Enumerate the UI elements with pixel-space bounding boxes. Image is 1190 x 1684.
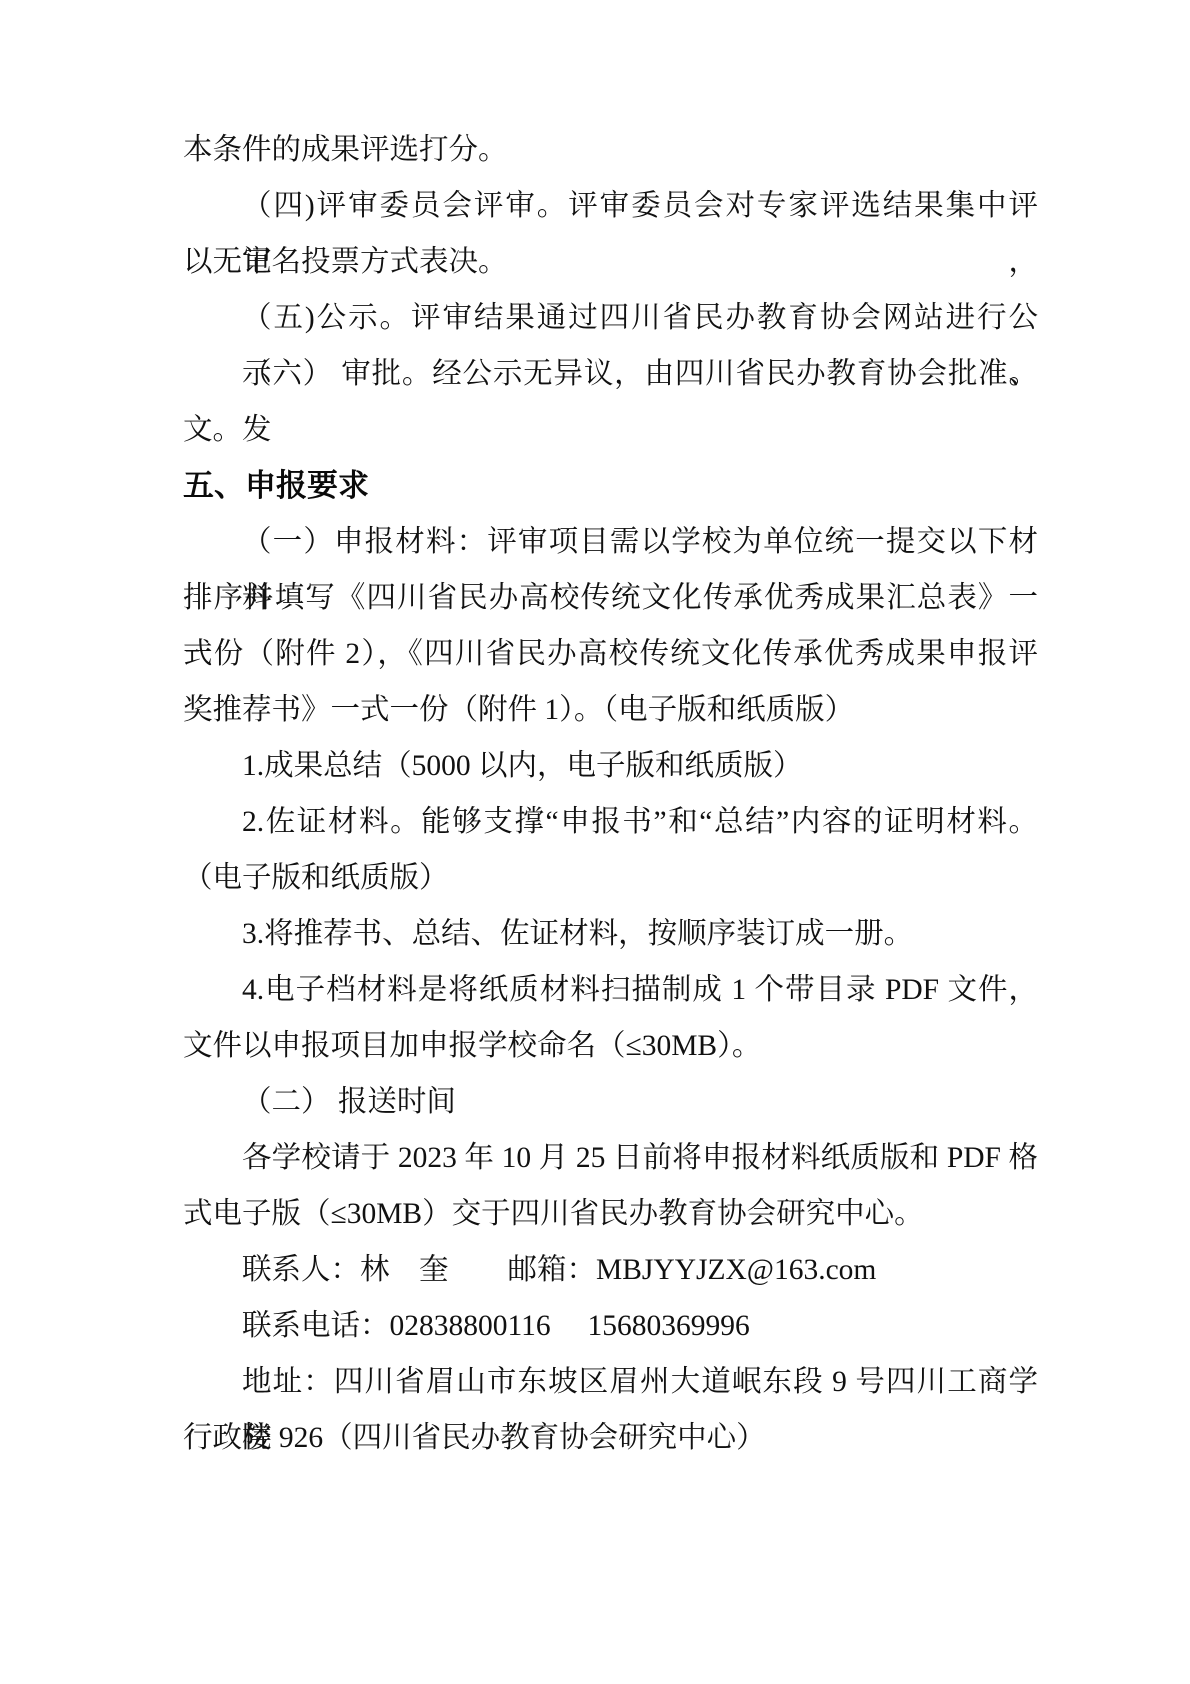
text-line: 文件以申报项目加申报学校命名（≤30MB）。 — [183, 1018, 1038, 1074]
text-line: 式电子版（≤30MB）交于四川省民办教育协会研究中心。 — [183, 1186, 1038, 1242]
contact-phone-line: 联系电话：02838800116 15680369996 — [183, 1298, 1038, 1354]
text-line: 文。 — [183, 402, 1038, 458]
document-page: 本条件的成果评选打分。 （四)评审委员会评审。评审委员会对专家评选结果集中评审，… — [0, 0, 1190, 1684]
text-line: 一份（附件 2），《四川省民办高校传统文化传承优秀成果申报评 — [183, 626, 1038, 682]
text-line: （一）申报材料：评审项目需以学校为单位统一提交以下材料 — [183, 514, 1038, 570]
page-content: 本条件的成果评选打分。 （四)评审委员会评审。评审委员会对专家评选结果集中评审，… — [183, 122, 1038, 1466]
contact-person-line: 联系人：林 奎 邮箱：MBJYYJZX@163.com — [183, 1242, 1038, 1298]
list-item: 2.佐证材料。能够支撑“申报书”和“总结”内容的证明材料。 — [183, 794, 1038, 850]
text-line: （四)评审委员会评审。评审委员会对专家评选结果集中评审， — [183, 178, 1038, 234]
list-item: 1.成果总结（5000 以内，电子版和纸质版） — [183, 738, 1038, 794]
text-line: 排序并填写《四川省民办高校传统文化传承优秀成果汇总表》一式 — [183, 570, 1038, 626]
text-line: （电子版和纸质版） — [183, 850, 1038, 906]
section-heading: 五、申报要求 — [183, 458, 1038, 514]
list-item: 3.将推荐书、总结、佐证材料，按顺序装订成一册。 — [183, 906, 1038, 962]
list-item: 4.电子档材料是将纸质材料扫描制成 1 个带目录 PDF 文件， — [183, 962, 1038, 1018]
text-line: （五)公示。评审结果通过四川省民办教育协会网站进行公示。 — [183, 290, 1038, 346]
contact-address-line: 行政楼 926（四川省民办教育协会研究中心） — [183, 1410, 1038, 1466]
text-line: 各学校请于 2023 年 10 月 25 日前将申报材料纸质版和 PDF 格 — [183, 1130, 1038, 1186]
text-line: 本条件的成果评选打分。 — [183, 122, 1038, 178]
text-line: 奖推荐书》一式一份（附件 1）。（电子版和纸质版） — [183, 682, 1038, 738]
text-line: （二） 报送时间 — [183, 1074, 1038, 1130]
text-line: （六） 审批。经公示无异议，由四川省民办教育协会批准、发 — [183, 346, 1038, 402]
contact-address-line: 地址：四川省眉山市东坡区眉州大道岷东段 9 号四川工商学院 — [183, 1354, 1038, 1410]
